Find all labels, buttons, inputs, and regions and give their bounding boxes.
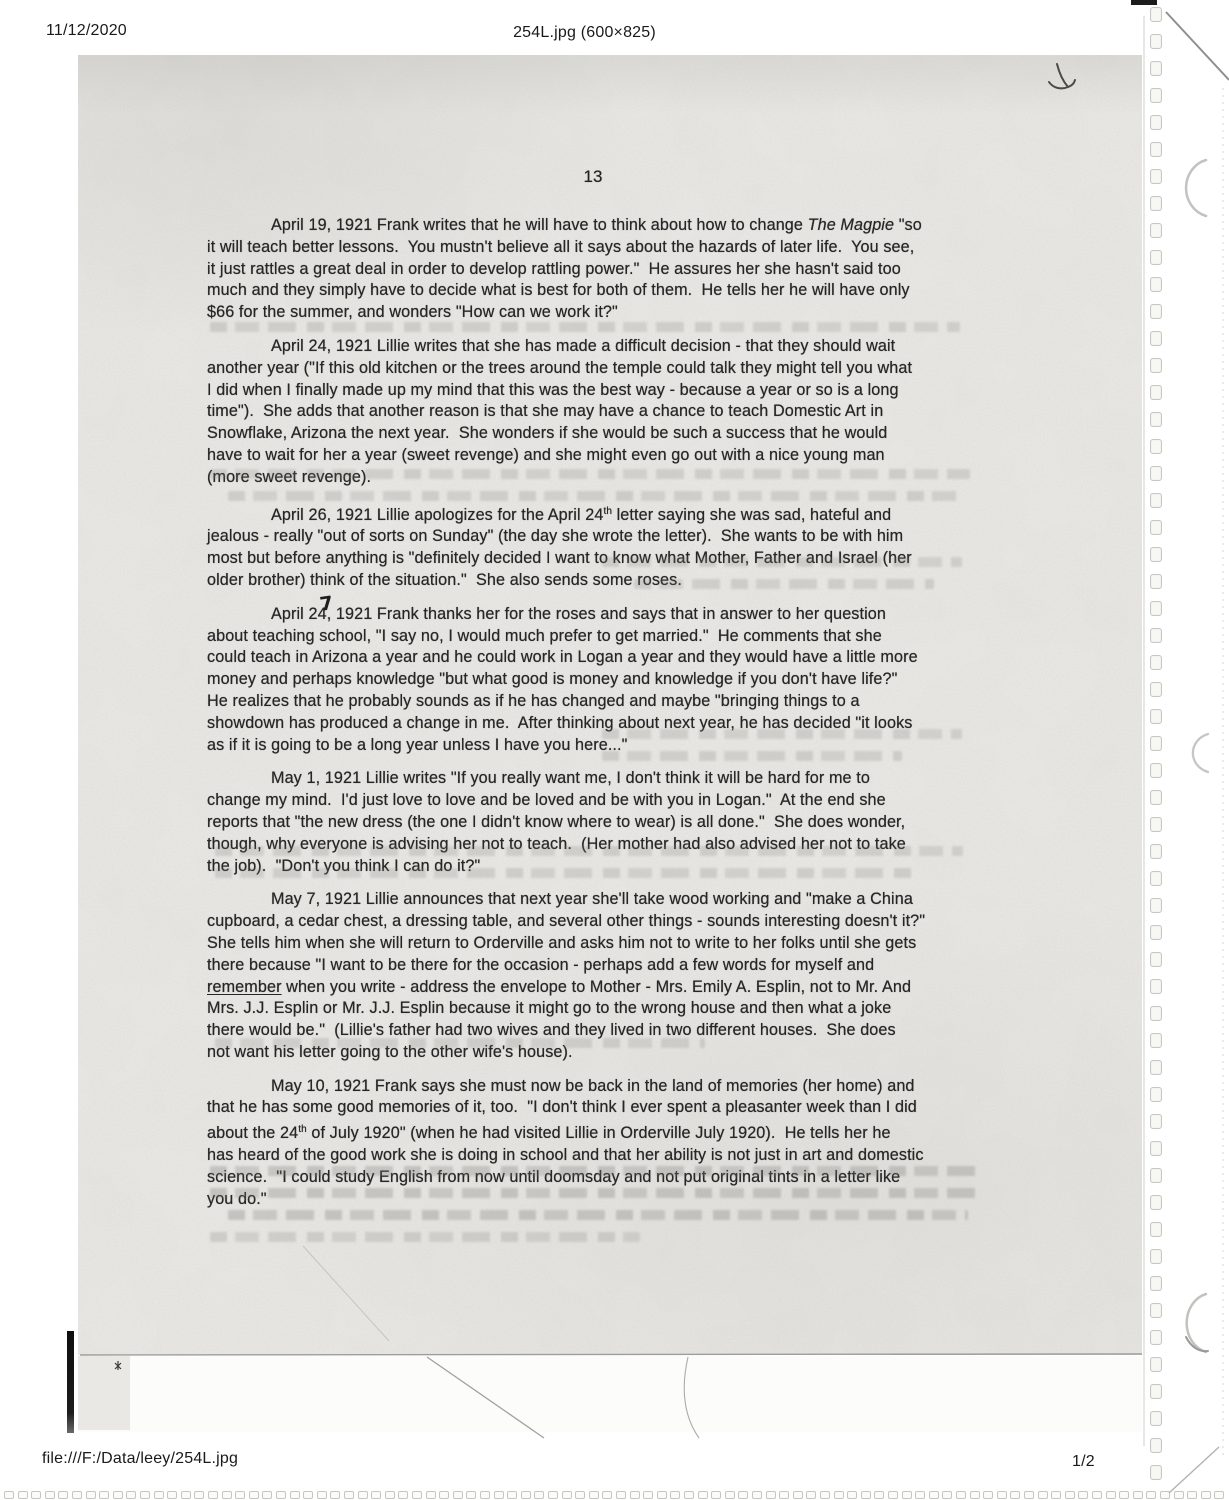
text-line: another year ("If this old kitchen or th… [207,358,1007,380]
text-line: about the 24th of July 1920" (when he ha… [207,1119,1007,1145]
perforation-hole [929,1491,939,1499]
binder-ring-shadow [1193,734,1208,772]
paragraph: May 1, 1921 Lillie writes "If you really… [207,768,1007,877]
text-line: money and perhaps knowledge "but what go… [207,669,1007,691]
perforation-hole [1065,1491,1075,1499]
perforation-hole [167,1491,177,1499]
perforation-hole [1150,1195,1162,1210]
perforation-hole [1150,115,1162,130]
perforation-hole [1150,142,1162,157]
perforation-hole [1150,682,1162,697]
perforation-hole [575,1491,585,1499]
scan-bottom-margin [78,1356,1142,1432]
perforation-hole [1150,1006,1162,1021]
perforation-hole [521,1491,531,1499]
perforation-hole [1078,1491,1088,1499]
text-line: April 19, 1921 Frank writes that he will… [207,215,1007,237]
perforation-hole [276,1491,286,1499]
text-line: May 1, 1921 Lillie writes "If you really… [207,768,1007,790]
perforation-hole [534,1491,544,1499]
perforation-hole [902,1491,912,1499]
perforation-hole [766,1491,776,1499]
print-header-title: 254L.jpg (600×825) [0,24,1169,42]
perforation-hole [194,1491,204,1499]
bleed-through-text [215,846,963,856]
perforation-hole [439,1491,449,1499]
text-line: Snowflake, Arizona the next year. She wo… [207,423,1007,445]
perforation-hole [1150,1465,1162,1480]
text-line: April 26, 1921 Lillie apologizes for the… [207,501,1007,527]
text-line: I did when I finally made up my mind tha… [207,380,1007,402]
perforation-hole [1150,898,1162,913]
perforation-hole [1150,925,1162,940]
bleed-through-text [602,729,962,739]
perforation-hole [548,1491,558,1499]
perforation-hole [1150,844,1162,859]
perforation-hole [1150,1330,1162,1345]
text-line: it just rattles a great deal in order to… [207,259,1007,281]
perforation-hole [602,1491,612,1499]
perforation-hole [154,1491,164,1499]
perforation-hole [1150,628,1162,643]
perforation-hole [1214,1491,1224,1499]
perforation-hole [1150,196,1162,211]
binder-ring-shadow [1186,160,1206,216]
perforation-hole [480,1491,490,1499]
perforation-hole [1150,1033,1162,1048]
perforation-hole [684,1491,694,1499]
paragraph: April 24, 1921 Lillie writes that she ha… [207,336,1007,489]
perforation-hole [31,1491,41,1499]
perforation-hole [1150,574,1162,589]
perforation-hole [1119,1491,1129,1499]
perforation-hole [806,1491,816,1499]
perforation-hole [1150,331,1162,346]
perforation-hole [779,1491,789,1499]
perforation-hole [915,1491,925,1499]
perforation-hole [711,1491,721,1499]
perforation-hole [1150,1141,1162,1156]
perforation-hole [385,1491,395,1499]
text-line: remember when you write - address the en… [207,977,1007,999]
perforation-hole [1150,169,1162,184]
perforation-hole [453,1491,463,1499]
text-line: that he has some good memories of it, to… [207,1097,1007,1119]
perforation-hole [847,1491,857,1499]
text-line: May 7, 1921 Lillie announces that next y… [207,889,1007,911]
text-line: change my mind. I'd just love to love an… [207,790,1007,812]
scan-edge-texture [78,1356,130,1430]
bleed-through-text [210,1188,985,1198]
perforation-hole [970,1491,980,1499]
text-line: time"). She adds that another reason is … [207,401,1007,423]
perforation-hole [398,1491,408,1499]
perforation-hole [1150,439,1162,454]
perforation-hole [1150,790,1162,805]
perforation-hole [466,1491,476,1499]
perforation-hole [752,1491,762,1499]
perforation-hole [1150,304,1162,319]
perforation-hole [698,1491,708,1499]
perforation-hole [1150,466,1162,481]
perforation-hole [1150,250,1162,265]
perforation-hole [738,1491,748,1499]
perforation-hole [371,1491,381,1499]
perforation-hole [670,1491,680,1499]
text-line: April 247, 1921 Frank thanks her for the… [207,604,1007,626]
perforation-hole [222,1491,232,1499]
perforation-hole [494,1491,504,1499]
perforation-hole [1150,547,1162,562]
binder-ring-shadow [1187,1294,1206,1352]
perforation-hole [1150,1222,1162,1237]
perforation-hole [330,1491,340,1499]
perforation-hole [1174,1491,1184,1499]
text-line: there because "I want to be there for th… [207,955,1007,977]
text-line: $66 for the summer, and wonders "How can… [207,302,1007,324]
perforation-hole [1150,1249,1162,1264]
text-line: have to wait for her a year (sweet reven… [207,445,1007,467]
perforation-hole [861,1491,871,1499]
perforation-hole [1150,1060,1162,1075]
perforation-hole [235,1491,245,1499]
bleed-through-text [634,579,934,589]
bleed-through-text [210,322,960,332]
bleed-through-text [210,469,970,479]
perforation-hole [874,1491,884,1499]
perforation-hole [630,1491,640,1499]
perforation-hole [1038,1491,1048,1499]
bleed-through-text [210,1166,985,1176]
scanned-document-image: 13 April 19, 1921 Frank writes that he w… [78,55,1142,1355]
bleed-through-text [228,1210,968,1220]
perforation-hole [1150,871,1162,886]
text-line: May 10, 1921 Frank says she must now be … [207,1076,1007,1098]
perforation-hole [1150,655,1162,670]
perforation-hole [1150,952,1162,967]
perforation-hole [1201,1491,1211,1499]
perforation-hole [507,1491,517,1499]
text-line: has heard of the good work she is doing … [207,1145,1007,1167]
perforation-hole [1150,1357,1162,1372]
text-line: jealous - really "out of sorts on Sunday… [207,526,1007,548]
sleeve-corner-fold-line [1166,12,1229,80]
perforation-hole [1150,1384,1162,1399]
perforation-hole [1160,1491,1170,1499]
perforation-hole [1150,277,1162,292]
perforation-hole [1187,1491,1197,1499]
perforation-hole [1150,1114,1162,1129]
perforation-hole [1150,358,1162,373]
text-line: much and they simply have to decide what… [207,280,1007,302]
text-line: it will teach better lessons. You mustn'… [207,237,1007,259]
perforation-hole [1150,34,1162,49]
perforation-hole [1150,223,1162,238]
bleed-through-text [228,491,963,501]
text-line: cupboard, a cedar chest, a dressing tabl… [207,911,1007,933]
text-line: She tells him when she will return to Or… [207,933,1007,955]
perforation-hole [1150,1438,1162,1453]
perforation-hole [616,1491,626,1499]
perforation-hole [1010,1491,1020,1499]
perforation-hole [820,1491,830,1499]
bleed-through-text [602,751,902,761]
perforation-hole [1150,763,1162,778]
perforation-hole [140,1491,150,1499]
perforation-hole [983,1491,993,1499]
perforation-hole [1092,1491,1102,1499]
perforation-hole [1150,1303,1162,1318]
perforation-hole [1150,61,1162,76]
perforation-hole [1150,493,1162,508]
page-number: 13 [78,167,1108,187]
perforation-hole [1150,601,1162,616]
perforation-strip-bottom [0,1488,1229,1500]
perforation-hole [643,1491,653,1499]
perforation-hole [793,1491,803,1499]
perforation-hole [290,1491,300,1499]
perforation-hole [888,1491,898,1499]
binder-ring-shadow [1186,1337,1208,1351]
perforation-hole [657,1491,667,1499]
perforation-hole [1106,1491,1116,1499]
perforation-hole [126,1491,136,1499]
perforation-hole [412,1491,422,1499]
perforation-hole [1150,736,1162,751]
perforation-hole [58,1491,68,1499]
perforation-hole [1150,1411,1162,1426]
perforation-hole [358,1491,368,1499]
text-line: could teach in Arizona a year and he cou… [207,647,1007,669]
print-footer-file-url: file:///F:/Data/leey/254L.jpg [42,1450,238,1468]
perforation-hole [426,1491,436,1499]
perforation-hole [344,1491,354,1499]
perforation-hole [1150,817,1162,832]
bleed-through-text [602,557,962,567]
perforation-hole [1150,88,1162,103]
perforation-hole [942,1491,952,1499]
paragraph: April 19, 1921 Frank writes that he will… [207,215,1007,324]
perforation-hole [86,1491,96,1499]
printed-page: 11/12/2020 254L.jpg (600×825) 13 April 1… [0,0,1229,1500]
perforation-hole [181,1491,191,1499]
scanner-shadow-bar [67,1331,74,1433]
perforation-hole [1150,979,1162,994]
bleed-through-text [215,868,915,878]
document-text: April 19, 1921 Frank writes that he will… [207,215,1007,1222]
perforation-hole [725,1491,735,1499]
perforation-hole [72,1491,82,1499]
perforation-hole [1150,412,1162,427]
text-line: Mrs. J.J. Esplin or Mr. J.J. Esplin beca… [207,998,1007,1020]
perforation-hole [18,1491,28,1499]
perforation-hole [208,1491,218,1499]
text-line: about teaching school, "I say no, I woul… [207,626,1007,648]
perforation-hole [589,1491,599,1499]
perforation-hole [1150,7,1162,22]
perforation-hole [317,1491,327,1499]
perforation-strip-right [1146,0,1170,1500]
perforation-hole [1024,1491,1034,1499]
perforation-hole [1150,520,1162,535]
text-line: reports that "the new dress (the one I d… [207,812,1007,834]
perforation-hole [1150,385,1162,400]
text-line: April 24, 1921 Lillie writes that she ha… [207,336,1007,358]
perforation-hole [303,1491,313,1499]
perforation-hole [1150,1276,1162,1291]
print-footer-page-indicator: 1/2 [1072,1453,1095,1471]
perforation-hole [997,1491,1007,1499]
perforation-hole [113,1491,123,1499]
perforation-hole [45,1491,55,1499]
perforation-hole [1051,1491,1061,1499]
sleeve-corner-fold-line-bottom [1169,1447,1219,1493]
text-line: He realizes that he probably sounds as i… [207,691,1007,713]
perforation-hole [834,1491,844,1499]
perforation-hole [1146,1491,1156,1499]
perforation-hole [4,1491,14,1499]
perforation-hole [562,1491,572,1499]
perforation-hole [956,1491,966,1499]
perforation-hole [99,1491,109,1499]
perforation-hole [1150,1168,1162,1183]
bleed-through-text [215,1038,705,1048]
perforation-hole [1150,709,1162,724]
perforation-hole [249,1491,259,1499]
perforation-hole [262,1491,272,1499]
bleed-through-text [210,1232,640,1242]
perforation-hole [1150,1087,1162,1102]
perforation-hole [1133,1491,1143,1499]
